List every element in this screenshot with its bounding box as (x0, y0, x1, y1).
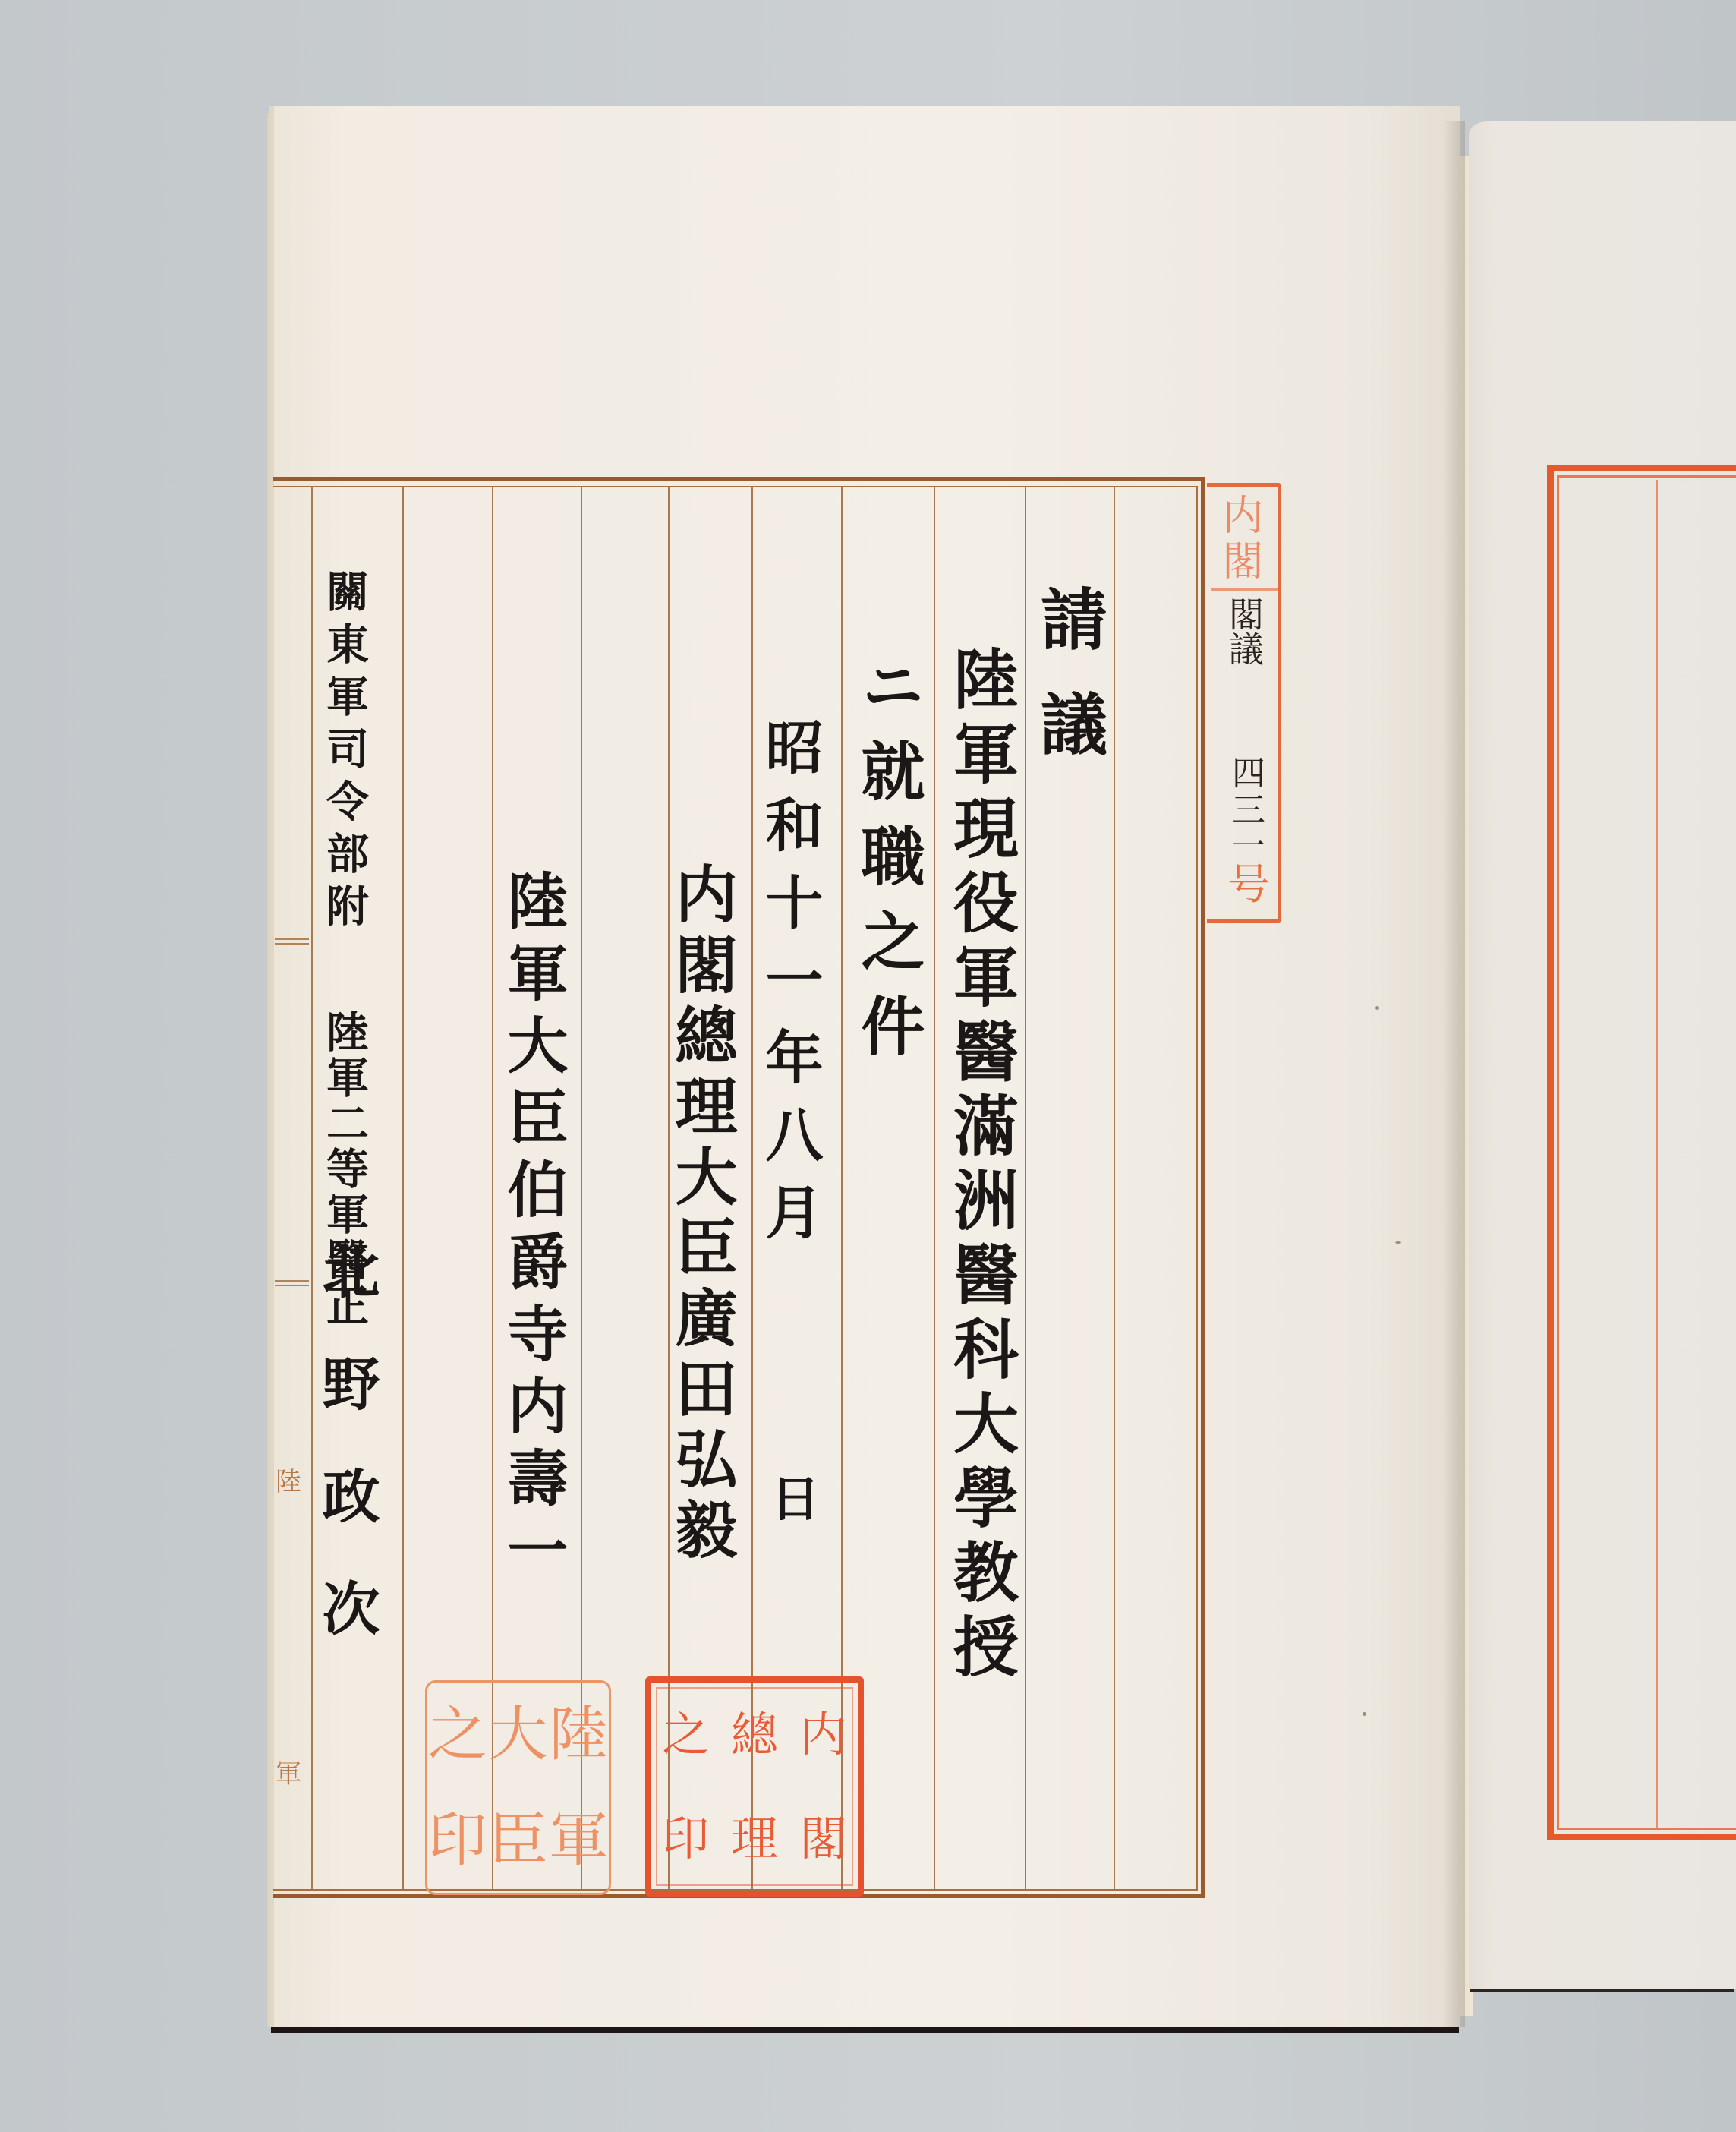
paper-speck (1375, 1006, 1379, 1010)
column-rule (1025, 487, 1026, 1889)
column-rule (492, 487, 493, 1889)
seal-char: 印 (651, 1787, 720, 1891)
registration-stamp-label: 閣議 (1228, 596, 1269, 666)
registration-stamp-number: 四三一 (1228, 755, 1269, 865)
prime-minister-signature: 内閣總理大臣廣田弘毅 (670, 862, 732, 1568)
document-title: 請議 (1036, 585, 1103, 794)
column-rule (934, 487, 935, 1889)
seal-char: 之 (427, 1683, 488, 1788)
seal-char: 臣 (488, 1788, 549, 1894)
margin-char-upper: 陸 (273, 1469, 304, 1495)
document-date: 昭和十一年八月 (761, 717, 818, 1260)
army-minister-seal: 陸 軍 大 臣 之 印 (425, 1680, 611, 1895)
margin-char-lower: 軍 (273, 1761, 304, 1787)
margin-double-line (275, 938, 309, 945)
seal-char: 陸 (548, 1683, 609, 1788)
column-rule (581, 487, 582, 1889)
prime-minister-seal: 内 閣 總 理 之 印 (645, 1676, 864, 1897)
subject-line-2: ニ就職之件 (856, 653, 920, 1078)
gutter-shadow (1442, 121, 1465, 2027)
seal-char: 總 (720, 1683, 789, 1787)
column-rule (1114, 487, 1115, 1889)
army-minister-signature: 陸軍大臣伯爵寺内壽一 (502, 869, 562, 1591)
seal-char: 印 (427, 1788, 488, 1894)
document-date-day: 日 (767, 1473, 815, 1522)
column-rule (402, 487, 404, 1889)
registration-stamp-header: 内閣 (1224, 494, 1269, 585)
right-page-frame-inner (1557, 475, 1736, 1830)
person-unit: 關東軍司令部附 (323, 569, 365, 936)
registration-stamp-divider (1211, 588, 1278, 591)
registration-stamp-suffix: 号 (1226, 864, 1271, 907)
seal-char: 理 (720, 1787, 789, 1891)
subject-line-1: 陸軍現役軍醫滿洲醫科大學教授 (947, 645, 1013, 1687)
person-name: 北野政次 (317, 1241, 375, 1691)
seal-char: 軍 (548, 1788, 609, 1894)
margin-double-line (275, 1280, 309, 1286)
seal-char: 大 (488, 1683, 549, 1788)
seal-char: 之 (651, 1683, 720, 1787)
right-page-column-line (1656, 480, 1658, 1828)
paper-speck (1395, 1241, 1401, 1244)
seal-char: 閣 (789, 1787, 858, 1891)
paper-speck (1363, 1712, 1366, 1716)
seal-char: 内 (789, 1683, 858, 1787)
